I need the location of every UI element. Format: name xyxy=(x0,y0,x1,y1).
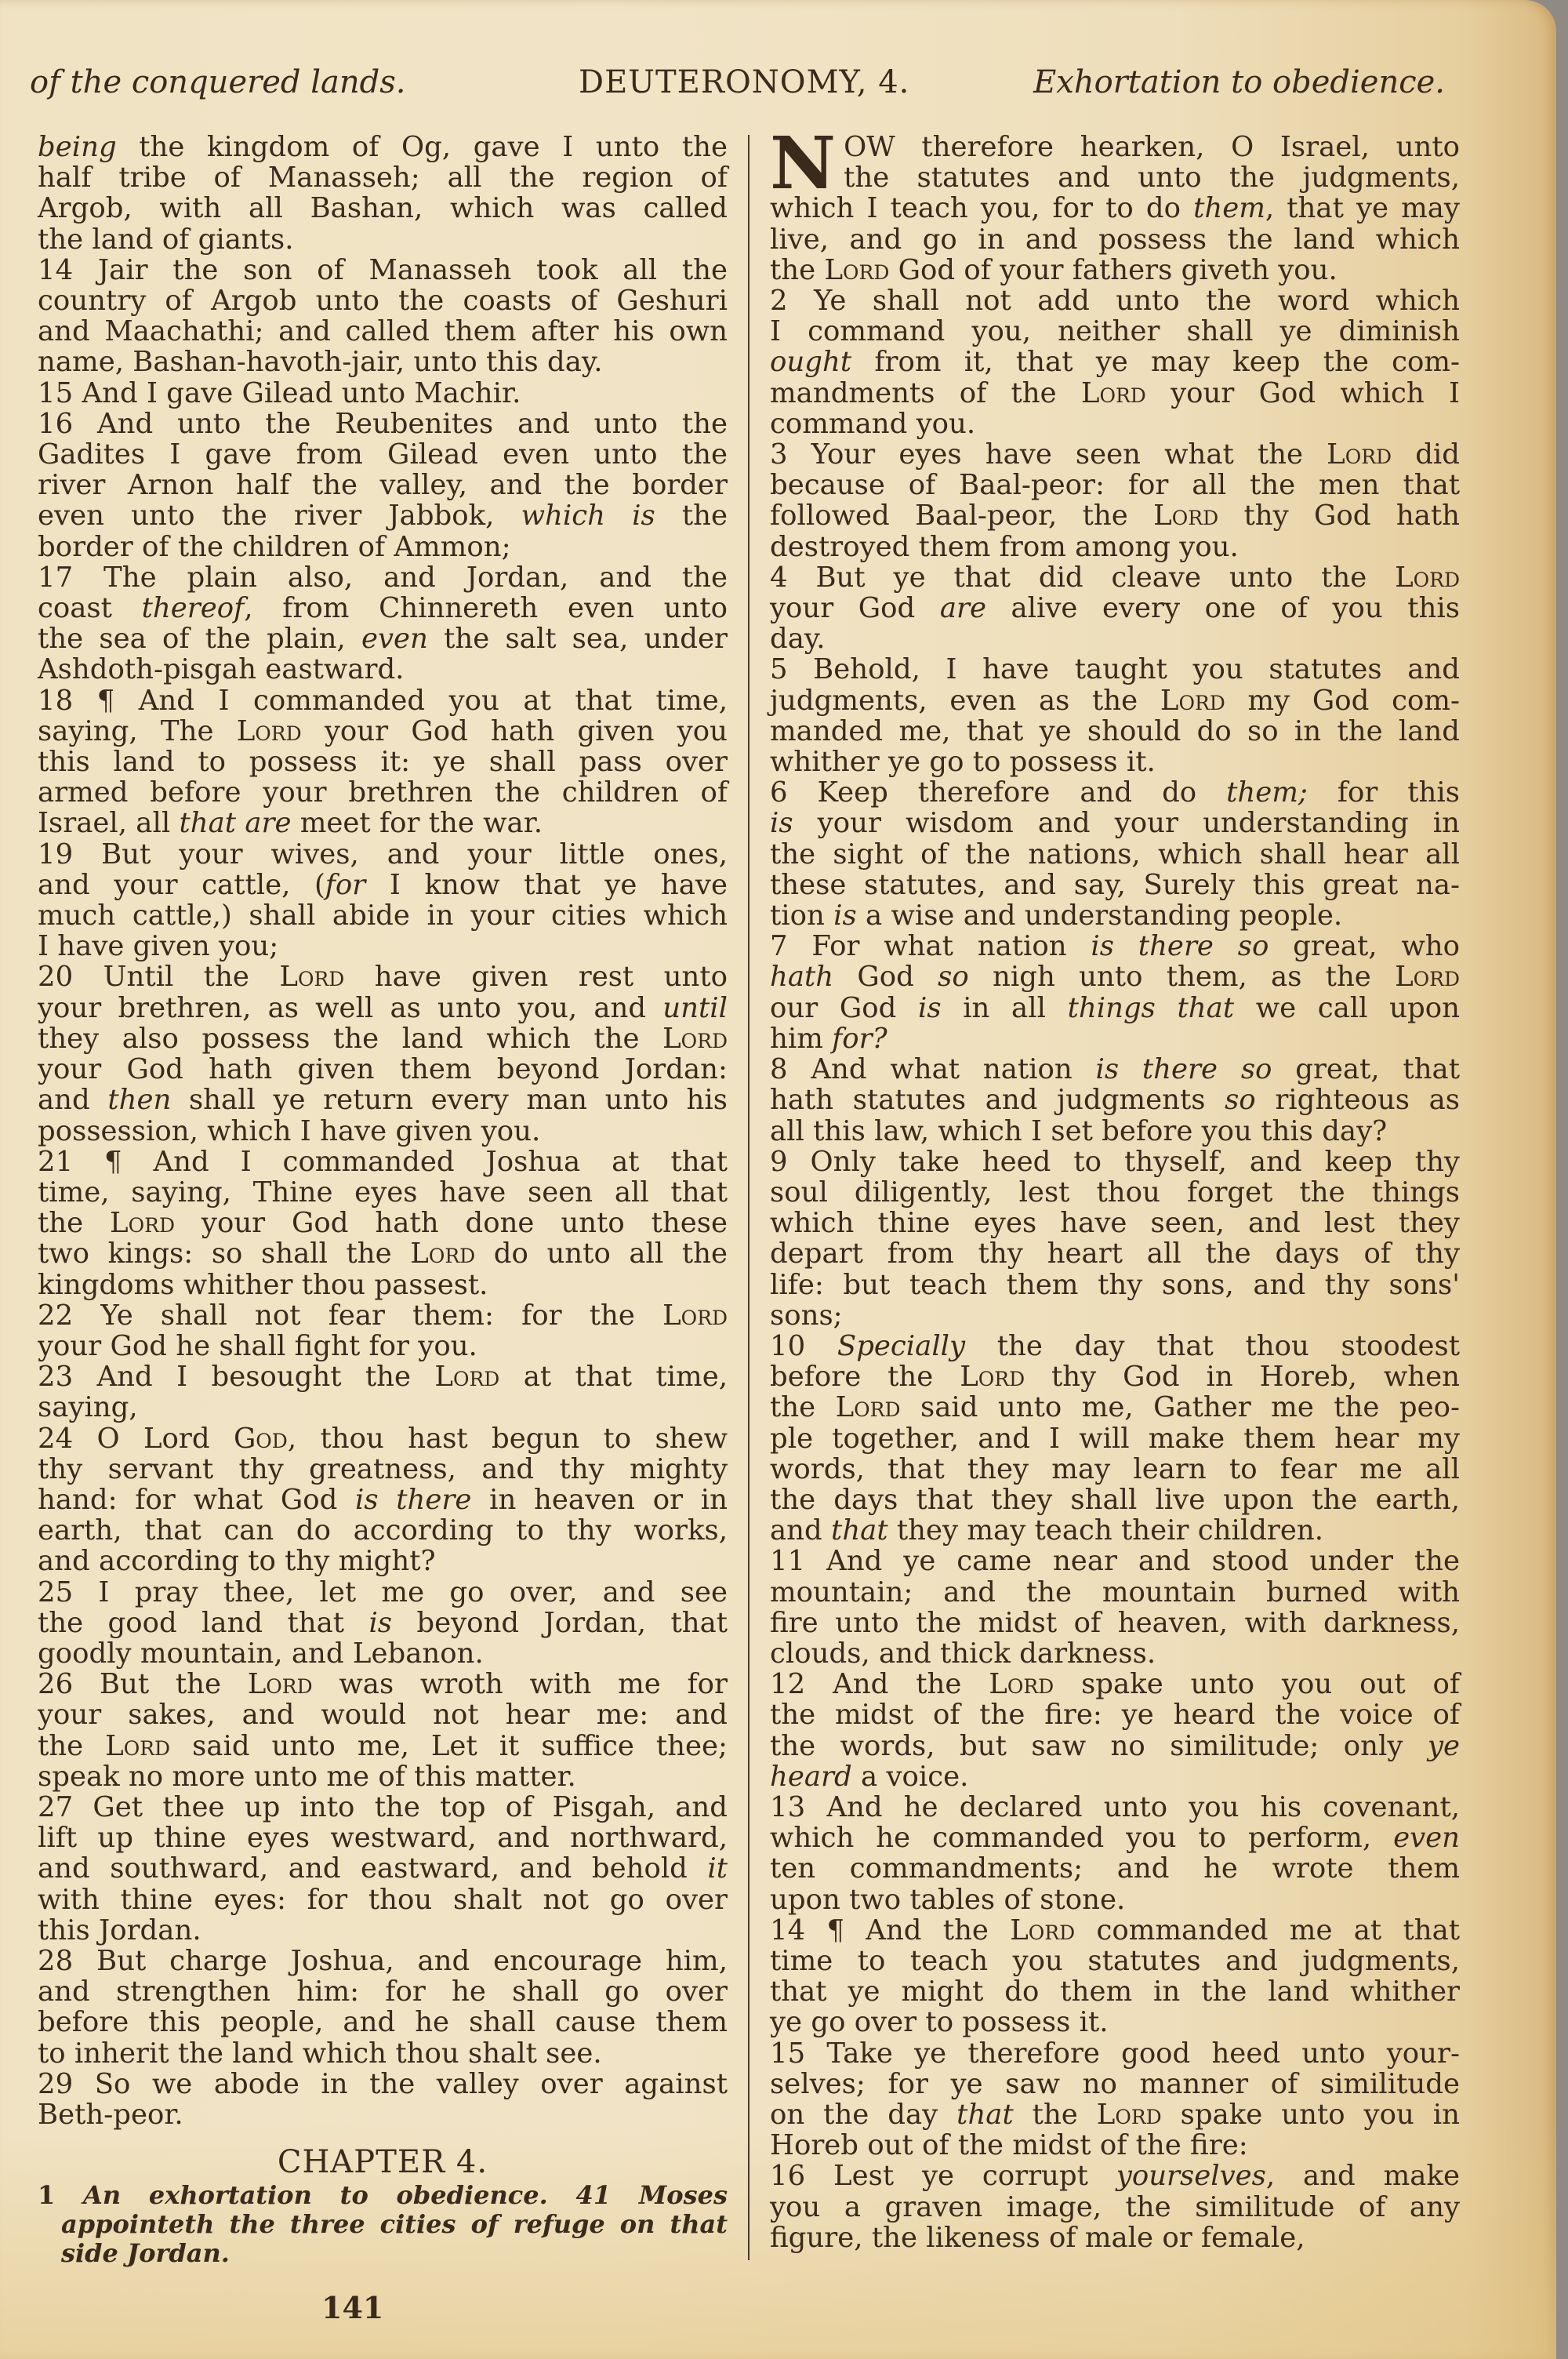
text-line: and according to thy might? xyxy=(38,1546,728,1576)
text-line: the land of giants. xyxy=(38,224,728,255)
text-line: the good land that is beyond Jordan, tha… xyxy=(38,1608,728,1638)
text-line: whither ye go to possess it. xyxy=(770,747,1460,777)
text-line: 8 And what nation is there so great, tha… xyxy=(770,1054,1460,1085)
text-line: mandments of the Lord your God which I xyxy=(770,378,1460,409)
text-line: these statutes, and say, Surely this gre… xyxy=(770,870,1460,900)
text-line: the Lord your God hath done unto these xyxy=(38,1208,728,1238)
text-line: 6 Keep therefore and do them; for this xyxy=(770,777,1460,808)
text-line: the Lord God of your fathers giveth you. xyxy=(770,255,1460,285)
text-line: 2 Ye shall not add unto the word which xyxy=(770,285,1460,316)
left-column-text: being the kingdom of Og, gave I unto the… xyxy=(38,132,728,2130)
text-line: 15 And I gave Gilead unto Machir. xyxy=(38,378,728,409)
text-line: before this people, and he shall cause t… xyxy=(38,2007,728,2037)
text-line: 9 Only take heed to thyself, and keep th… xyxy=(770,1147,1460,1177)
text-line: 14 ¶ And the Lord commanded me at that xyxy=(770,1915,1460,1946)
text-line: and that they may teach their children. xyxy=(770,1515,1460,1546)
text-line: mountain; and the mountain burned with xyxy=(770,1577,1460,1608)
text-line: is your wisdom and your understanding in xyxy=(770,808,1460,838)
text-line: 12 And the Lord spake unto you out of xyxy=(770,1669,1460,1699)
text-line: Beth-peor. xyxy=(38,2099,728,2130)
text-line: 28 But charge Joshua, and encourage him, xyxy=(38,1946,728,1976)
text-line: tion is a wise and understanding people. xyxy=(770,900,1460,931)
text-line: border of the children of Ammon; xyxy=(38,532,728,562)
text-line: time, saying, Thine eyes have seen all t… xyxy=(38,1177,728,1208)
text-line: all this law, which I set before you thi… xyxy=(770,1116,1460,1147)
text-line: on the day that the Lord spake unto you … xyxy=(770,2099,1460,2130)
text-line: Israel, all that are meet for the war. xyxy=(38,808,728,838)
header-right-caption: Exhortation to obedience. xyxy=(1033,64,1445,100)
text-line: river Arnon half the valley, and the bor… xyxy=(38,470,728,500)
text-line: ten commandments; and he wrote them xyxy=(770,1853,1460,1884)
text-line: hath God so nigh unto them, as the Lord xyxy=(770,961,1460,992)
text-line: our God is in all things that we call up… xyxy=(770,993,1460,1023)
summary-text: An exhortation to obedience. 41 Moses ap… xyxy=(61,2180,728,2268)
text-line: day. xyxy=(770,623,1460,654)
text-line: saying, The Lord your God hath given you xyxy=(38,716,728,747)
chapter-heading: CHAPTER 4. xyxy=(38,2147,728,2178)
text-line: I command you, neither shall ye diminish xyxy=(770,316,1460,347)
text-line: 5 Behold, I have taught you statutes and xyxy=(770,654,1460,685)
text-line: and your cattle, (for I know that ye hav… xyxy=(38,870,728,900)
right-column: N OW therefore hearken, O Israel, untoth… xyxy=(770,132,1460,2253)
text-line: before the Lord thy God in Horeb, when xyxy=(770,1361,1460,1392)
text-line: half tribe of Manasseh; all the region o… xyxy=(38,162,728,193)
text-line: and Maachathi; and called them after his… xyxy=(38,316,728,347)
text-line: the midst of the fire: ye heard the voic… xyxy=(770,1699,1460,1730)
text-line: name, Bashan-havoth-jair, unto this day. xyxy=(38,347,728,377)
text-line: earth, that can do according to thy work… xyxy=(38,1515,728,1546)
text-line: 10 Specially the day that thou stoodest xyxy=(770,1331,1460,1361)
text-line: 16 And unto the Reubenites and unto the xyxy=(38,409,728,439)
running-header: of the conquered lands. DEUTERONOMY, 4. … xyxy=(30,64,1445,111)
text-line: 17 The plain also, and Jordan, and the xyxy=(38,562,728,593)
text-line: the days that they shall live upon the e… xyxy=(770,1485,1460,1515)
text-line: much cattle,) shall abide in your cities… xyxy=(38,900,728,931)
text-line: being the kingdom of Og, gave I unto the xyxy=(38,132,728,162)
text-line: 23 And I besought the Lord at that time, xyxy=(38,1361,728,1392)
text-line: armed before your brethren the children … xyxy=(38,777,728,808)
text-line: figure, the likeness of male or female, xyxy=(770,2223,1460,2253)
text-line: soul diligently, lest thou forget the th… xyxy=(770,1177,1460,1208)
text-line: even unto the river Jabbok, which is the xyxy=(38,500,728,531)
text-line: 22 Ye shall not fear them: for the Lord xyxy=(38,1300,728,1331)
text-line: your God are alive every one of you this xyxy=(770,593,1460,623)
text-line: clouds, and thick darkness. xyxy=(770,1638,1460,1669)
text-line: coast thereof, from Chinnereth even unto xyxy=(38,593,728,623)
text-line: live, and go in and possess the land whi… xyxy=(770,224,1460,255)
text-line: 4 But ye that did cleave unto the Lord xyxy=(770,562,1460,593)
text-line: they also possess the land which the Lor… xyxy=(38,1023,728,1054)
text-line: Argob, with all Bashan, which was called xyxy=(38,193,728,224)
text-line: goodly mountain, and Lebanon. xyxy=(38,1638,728,1669)
text-line: Ashdoth-pisgah eastward. xyxy=(38,654,728,685)
text-line: the Lord said unto me, Gather me the peo… xyxy=(770,1392,1460,1423)
text-line: fire unto the midst of heaven, with dark… xyxy=(770,1608,1460,1638)
text-line: sons; xyxy=(770,1300,1460,1331)
text-line: the words, but saw no similitude; only y… xyxy=(770,1731,1460,1761)
text-line: and then shall ye return every man unto … xyxy=(38,1085,728,1115)
text-line: 16 Lest ye corrupt yourselves, and make xyxy=(770,2161,1460,2191)
text-line: this Jordan. xyxy=(38,1915,728,1946)
left-column: being the kingdom of Og, gave I unto the… xyxy=(38,132,728,2268)
text-line: the sea of the plain, even the salt sea,… xyxy=(38,623,728,654)
page-number: 141 xyxy=(321,2290,383,2325)
text-line: speak no more unto me of this matter. xyxy=(38,1761,728,1792)
text-line: two kings: so shall the Lord do unto all… xyxy=(38,1238,728,1269)
right-column-text: OW therefore hearken, O Israel, untothe … xyxy=(770,132,1460,2253)
text-line: the Lord said unto me, Let it suffice th… xyxy=(38,1731,728,1761)
text-line: to inherit the land which thou shalt see… xyxy=(38,2038,728,2069)
text-line: that ye might do them in the land whithe… xyxy=(770,1976,1460,2007)
text-line: hand: for what God is there in heaven or… xyxy=(38,1485,728,1515)
text-line: your brethren, as well as unto you, and … xyxy=(38,993,728,1023)
summary-number: 1 xyxy=(38,2180,55,2210)
text-line: followed Baal-peor, the Lord thy God hat… xyxy=(770,500,1460,531)
text-line: because of Baal-peor: for all the men th… xyxy=(770,470,1460,500)
text-line: kingdoms whither thou passest. xyxy=(38,1270,728,1300)
text-line: OW therefore hearken, O Israel, unto xyxy=(770,132,1460,162)
text-line: 11 And ye came near and stood under the xyxy=(770,1546,1460,1576)
text-line: saying, xyxy=(38,1392,728,1423)
text-line: this land to possess it: ye shall pass o… xyxy=(38,747,728,777)
text-line: hath statutes and judgments so righteous… xyxy=(770,1085,1460,1115)
text-line: 27 Get thee up into the top of Pisgah, a… xyxy=(38,1792,728,1823)
text-line: words, that they may learn to fear me al… xyxy=(770,1454,1460,1485)
text-line: 19 But your wives, and your little ones, xyxy=(38,839,728,870)
text-line: him for? xyxy=(770,1023,1460,1054)
text-line: 14 Jair the son of Manasseh took all the xyxy=(38,255,728,285)
text-line: 15 Take ye therefore good heed unto your… xyxy=(770,2038,1460,2069)
text-line: depart from thy heart all the days of th… xyxy=(770,1238,1460,1269)
text-line: 3 Your eyes have seen what the Lord did xyxy=(770,439,1460,470)
book-page: of the conquered lands. DEUTERONOMY, 4. … xyxy=(0,0,1556,2359)
text-line: you a graven image, the similitude of an… xyxy=(770,2192,1460,2223)
text-line: which thine eyes have seen, and lest the… xyxy=(770,1208,1460,1238)
text-line: 20 Until the Lord have given rest unto xyxy=(38,961,728,992)
text-line: upon two tables of stone. xyxy=(770,1885,1460,1915)
text-line: heard a voice. xyxy=(770,1761,1460,1792)
text-line: I have given you; xyxy=(38,931,728,961)
text-line: Gadites I gave from Gilead even unto the xyxy=(38,439,728,470)
header-left-caption: of the conquered lands. xyxy=(30,64,405,100)
text-line: 25 I pray thee, let me go over, and see xyxy=(38,1577,728,1608)
text-line: which I teach you, for to do them, that … xyxy=(770,193,1460,224)
text-line: your God hath given them beyond Jordan: xyxy=(38,1054,728,1085)
text-line: 18 ¶ And I commanded you at that time, xyxy=(38,685,728,716)
text-line: which he commanded you to perform, even xyxy=(770,1823,1460,1853)
text-line: with thine eyes: for thou shalt not go o… xyxy=(38,1885,728,1915)
column-divider xyxy=(748,135,750,2260)
text-line: manded me, that ye should do so in the l… xyxy=(770,716,1460,747)
text-line: your God he shall fight for you. xyxy=(38,1331,728,1361)
text-line: 24 O Lord God, thou hast begun to shew xyxy=(38,1423,728,1454)
text-line: the statutes and unto the judgments, xyxy=(770,162,1460,193)
text-line: the sight of the nations, which shall he… xyxy=(770,839,1460,870)
drop-cap: N xyxy=(770,133,836,193)
text-line: judgments, even as the Lord my God com- xyxy=(770,685,1460,716)
text-line: and southward, and eastward, and behold … xyxy=(38,1853,728,1884)
text-line: ye go over to possess it. xyxy=(770,2007,1460,2037)
text-line: possession, which I have given you. xyxy=(38,1116,728,1147)
text-line: Horeb out of the midst of the fire: xyxy=(770,2130,1460,2161)
text-line: 29 So we abode in the valley over agains… xyxy=(38,2069,728,2099)
text-line: 26 But the Lord was wroth with me for xyxy=(38,1669,728,1699)
header-book-chapter: DEUTERONOMY, 4. xyxy=(579,64,909,100)
text-line: 21 ¶ And I commanded Joshua at that xyxy=(38,1147,728,1177)
text-line: country of Argob unto the coasts of Gesh… xyxy=(38,285,728,316)
chapter-summary: 1 An exhortation to obedience. 41 Moses … xyxy=(38,2181,728,2268)
text-line: ple together, and I will make them hear … xyxy=(770,1423,1460,1454)
text-line: command you. xyxy=(770,409,1460,439)
text-line: thy servant thy greatness, and thy might… xyxy=(38,1454,728,1485)
text-line: selves; for ye saw no manner of similitu… xyxy=(770,2069,1460,2099)
text-line: your sakes, and would not hear me: and xyxy=(38,1699,728,1730)
text-line: and strengthen him: for he shall go over xyxy=(38,1976,728,2007)
text-line: lift up thine eyes westward, and northwa… xyxy=(38,1823,728,1853)
text-line: 7 For what nation is there so great, who xyxy=(770,931,1460,961)
text-line: life: but teach them thy sons, and thy s… xyxy=(770,1270,1460,1300)
text-line: destroyed them from among you. xyxy=(770,532,1460,562)
text-line: 13 And he declared unto you his covenant… xyxy=(770,1792,1460,1823)
text-line: time to teach you statutes and judgments… xyxy=(770,1946,1460,1976)
text-line: ought from it, that ye may keep the com- xyxy=(770,347,1460,377)
